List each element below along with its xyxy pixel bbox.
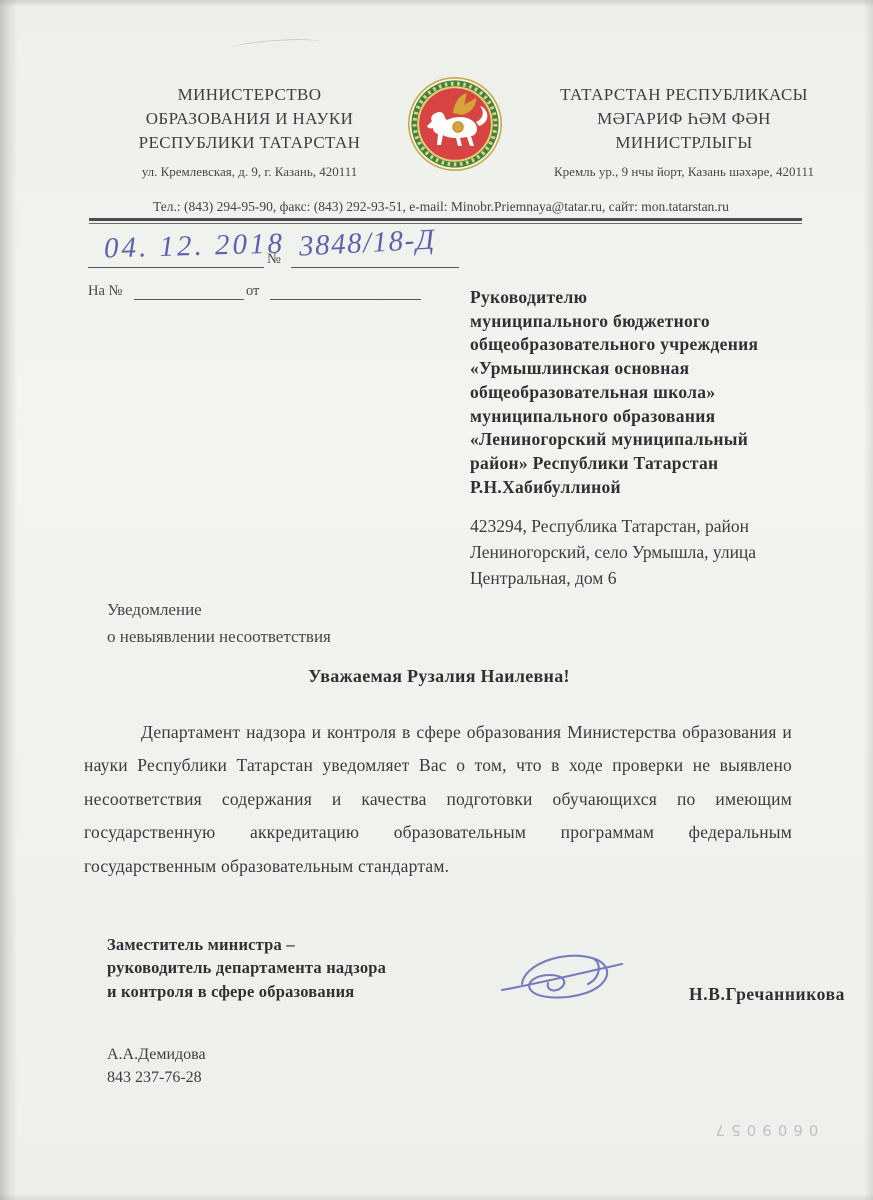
recipient-address-line: Центральная, дом 6 <box>470 565 864 591</box>
org-name-line: МИНИСТЕРСТВО <box>92 83 407 107</box>
recipient-line: «Лениногорский муниципальный <box>470 428 864 452</box>
scan-edge-left <box>0 0 17 1200</box>
org-name-line: ОБРАЗОВАНИЯ И НАУКИ <box>92 107 407 131</box>
recipient-address-line: 423294, Республика Татарстан, район <box>470 513 864 539</box>
date-underline <box>88 267 264 268</box>
recipient-line: муниципального бюджетного <box>470 310 864 334</box>
org-address-russian: ул. Кремлевская, д. 9, г. Казань, 420111 <box>92 164 407 180</box>
recipient-line: Р.Н.Хабибуллиной <box>470 476 864 500</box>
handwritten-date: 04. 12. 2018 <box>104 227 286 265</box>
handwritten-outgoing-number: 3848/18-Д <box>298 223 436 263</box>
recipient-line: район» Республики Татарстан <box>470 452 864 476</box>
org-name-line: РЕСПУБЛИКИ ТАТАРСТАН <box>92 131 407 155</box>
recipient-line: муниципального образования <box>470 405 864 429</box>
org-name-line: ТАТАРСТАН РЕСПУБЛИКАСЫ <box>504 83 864 107</box>
recipient-address-block: 423294, Республика Татарстан, район Лени… <box>470 513 864 591</box>
recipient-line: Руководителю <box>470 286 864 310</box>
scanned-letter-page: МИНИСТЕРСТВО ОБРАЗОВАНИЯ И НАУКИ РЕСПУБЛ… <box>0 0 873 1200</box>
from-date-underline <box>270 299 421 300</box>
signer-title-line: Заместитель министра – <box>107 933 386 956</box>
paper-crease <box>230 37 321 54</box>
recipient-line: общеобразовательного учреждения <box>470 333 864 357</box>
contacts-line: Тел.: (843) 294-95-90, факс: (843) 292-9… <box>80 199 802 215</box>
body-paragraph: Департамент надзора и контроля в сфере о… <box>84 716 792 883</box>
org-name-line: МИНИСТРЛЫГЫ <box>504 131 864 155</box>
number-underline <box>291 267 459 268</box>
form-number-stamp: 0609057 <box>690 1121 838 1139</box>
letterhead-rule-thin <box>89 223 802 224</box>
signer-name: Н.В.Гречанникова <box>689 984 845 1005</box>
salutation: Уважаемая Рузалия Наилевна! <box>83 666 795 687</box>
handwritten-signature <box>498 938 626 1010</box>
scan-edge-right <box>864 0 873 1200</box>
tatarstan-coat-of-arms-icon <box>407 76 503 172</box>
from-date-label: от <box>246 283 259 300</box>
in-reply-to-underline <box>134 299 244 300</box>
in-reply-to-label: На № <box>88 283 122 300</box>
recipient-line: общеобразовательная школа» <box>470 381 864 405</box>
recipient-line: «Урмышлинская основная <box>470 357 864 381</box>
recipient-block: Руководителю муниципального бюджетного о… <box>470 286 864 499</box>
signer-title-line: и контроля в сфере образования <box>107 980 386 1003</box>
executor-name: А.А.Демидова <box>107 1044 206 1067</box>
letterhead-rule-thick <box>89 218 802 221</box>
recipient-address-line: Лениногорский, село Урмышла, улица <box>470 539 864 565</box>
org-name-line: МӘГАРИФ ҺӘМ ФӘН <box>504 107 864 131</box>
subject-block: Уведомление о невыявлении несоответствия <box>107 596 331 650</box>
executor-block: А.А.Демидова 843 237-76-28 <box>107 1044 206 1089</box>
scan-edge-top <box>0 0 873 7</box>
org-name-russian: МИНИСТЕРСТВО ОБРАЗОВАНИЯ И НАУКИ РЕСПУБЛ… <box>92 83 407 155</box>
subject-line: о невыявлении несоответствия <box>107 623 331 650</box>
org-address-tatar: Кремль ур., 9 нчы йорт, Казань шәхәре, 4… <box>504 164 864 180</box>
executor-phone: 843 237-76-28 <box>107 1067 206 1090</box>
signer-title-block: Заместитель министра – руководитель депа… <box>107 933 386 1003</box>
scan-edge-bottom <box>0 1194 873 1200</box>
signer-title-line: руководитель департамента надзора <box>107 956 386 979</box>
subject-line: Уведомление <box>107 596 331 623</box>
org-name-tatar: ТАТАРСТАН РЕСПУБЛИКАСЫ МӘГАРИФ ҺӘМ ФӘН М… <box>504 83 864 155</box>
number-sign-label: № <box>267 251 281 268</box>
